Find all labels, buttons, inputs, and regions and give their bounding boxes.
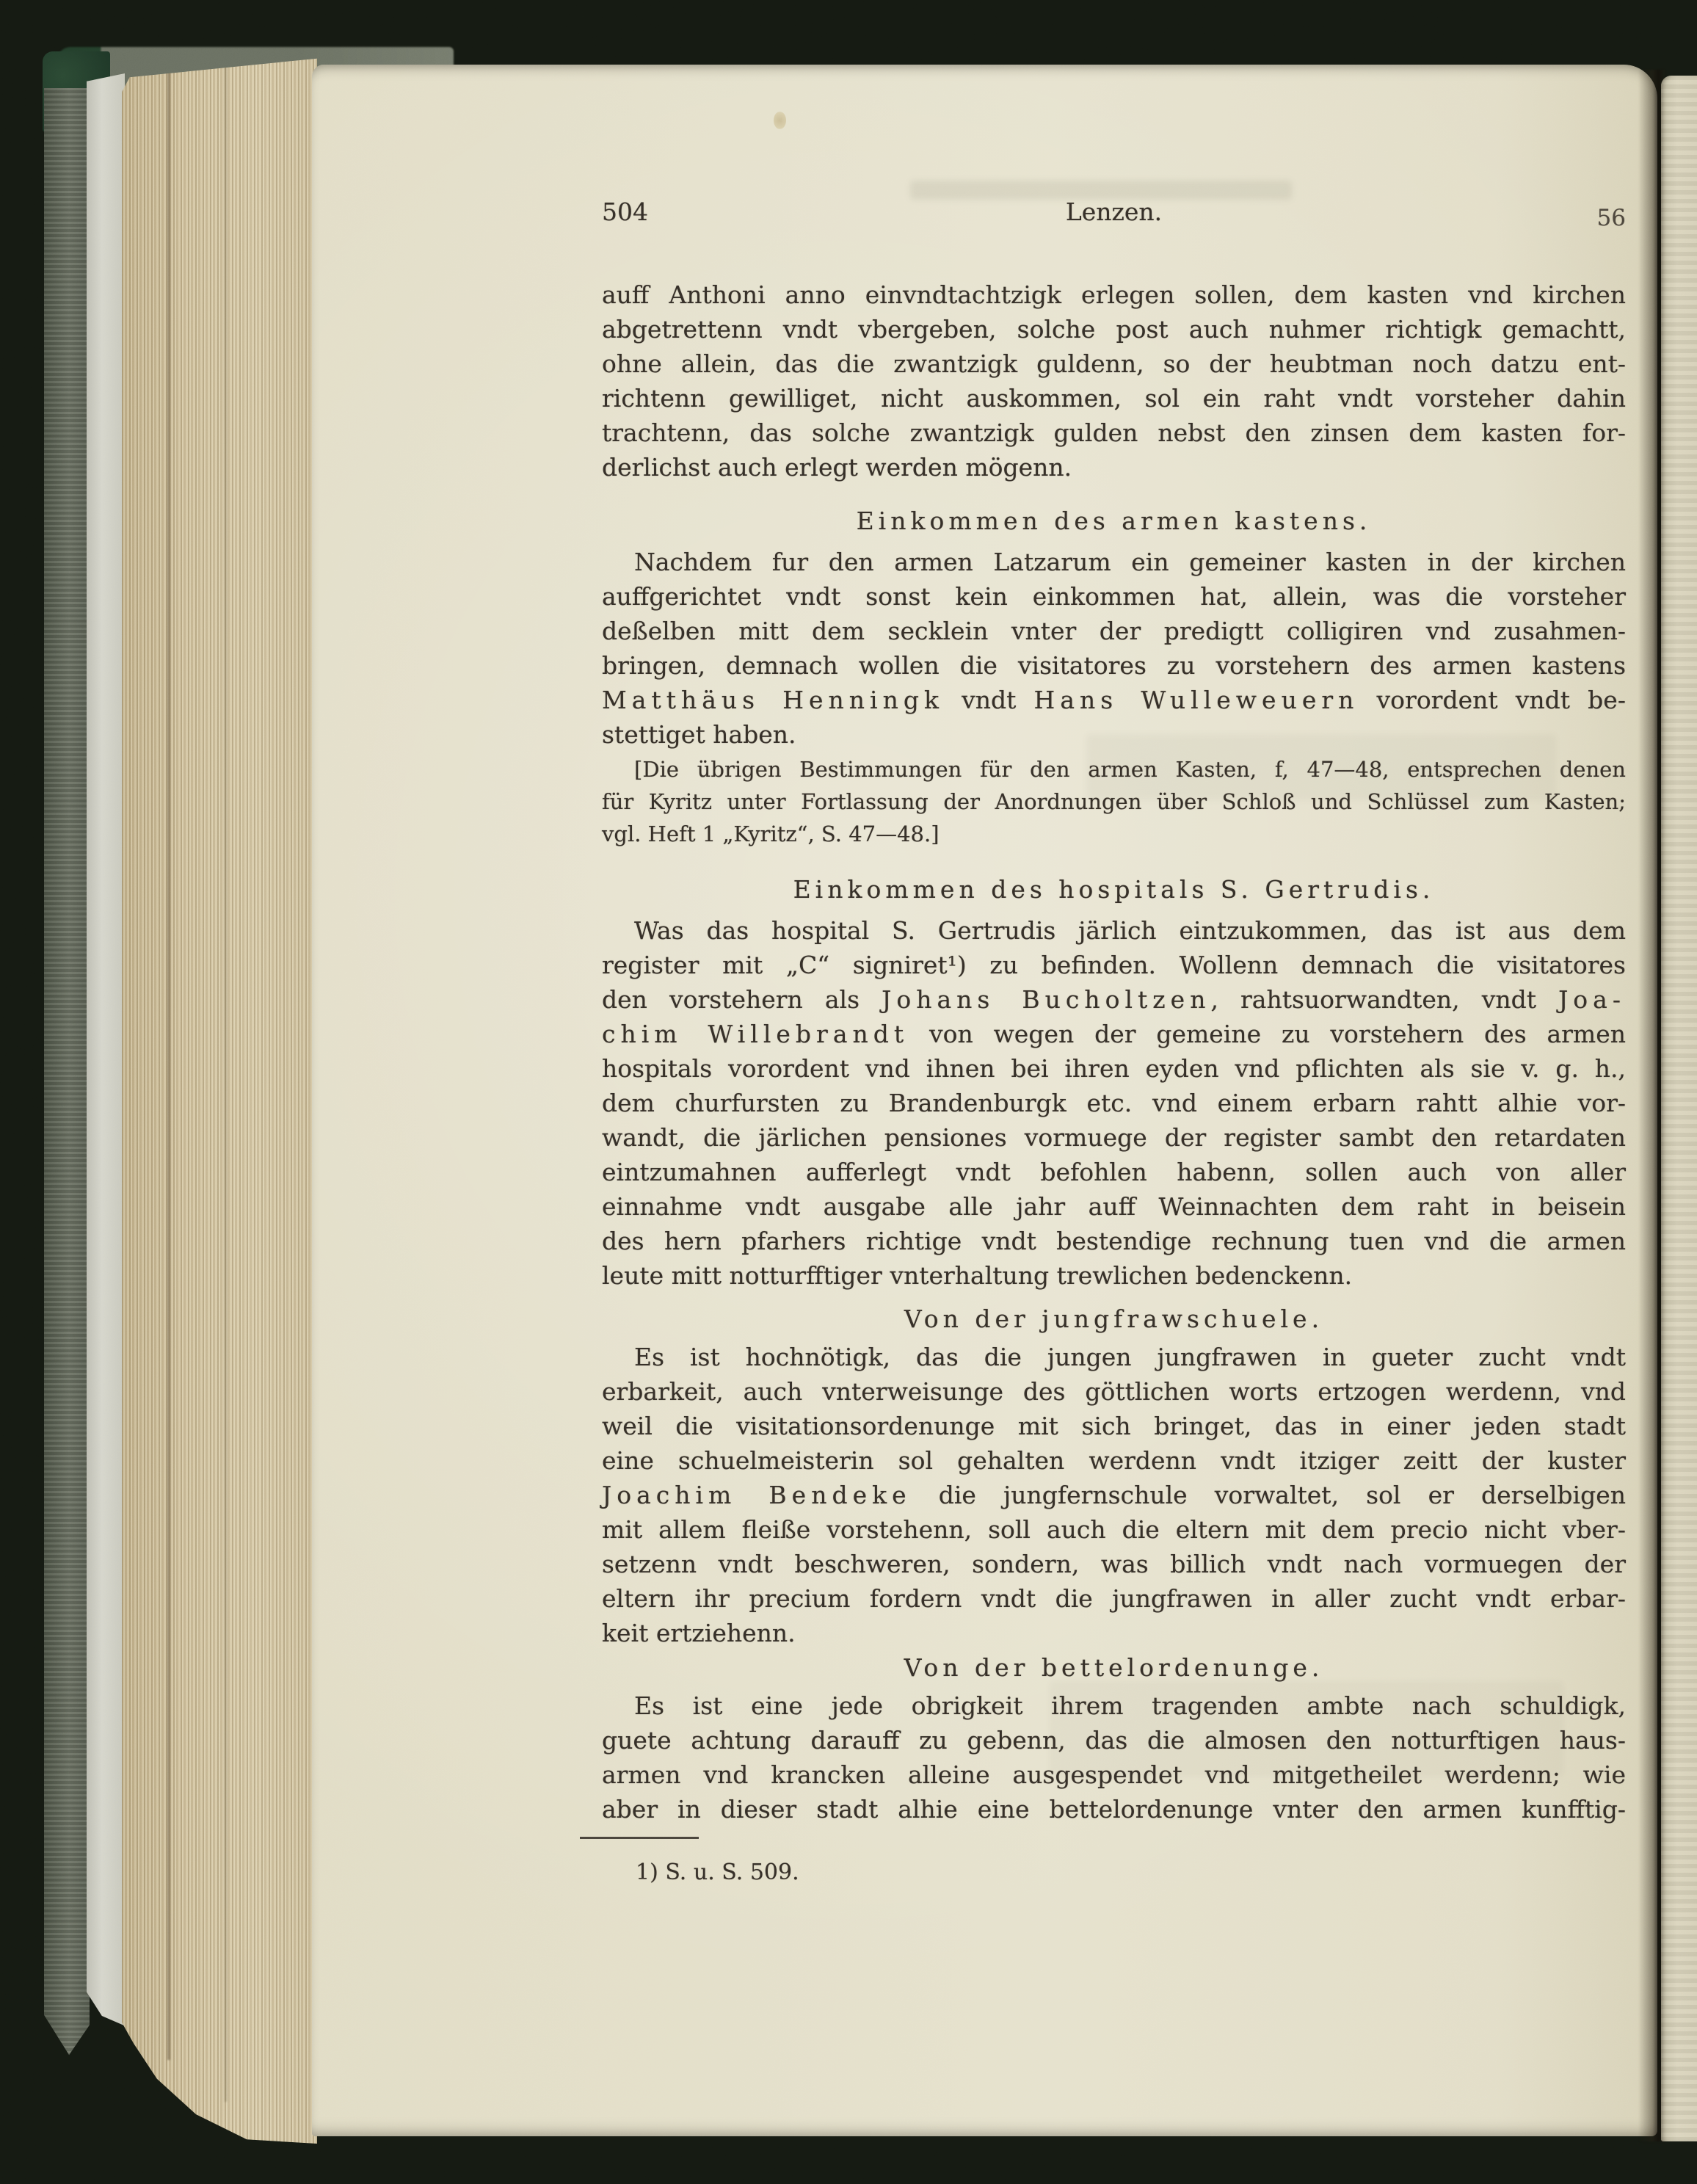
text-line: trachtenn, das solche zwantzigk gulden n…: [602, 416, 1626, 450]
editorial-note: [Die übrigen Bestimmungen für den armen …: [602, 753, 1626, 850]
book-scan-photo: { "colors":{ "background":"#151a12","pag…: [0, 0, 1697, 2184]
text-line: wandt, die järlichen pensiones vormuege …: [602, 1120, 1626, 1155]
text-line: eltern ihr precium fordern vndt die jung…: [602, 1581, 1626, 1616]
running-header: 504 Lenzen. 56: [602, 195, 1626, 230]
body-paragraph: Es ist hochnötigk, das die jungen jungfr…: [602, 1340, 1626, 1650]
text-line: stettiget haben.: [602, 717, 1626, 752]
text-line: keit ertziehenn.: [602, 1616, 1626, 1650]
section-heading: Einkommen des hospitals S. Gertrudis.: [602, 872, 1626, 907]
footnote-rule: [580, 1837, 699, 1839]
text-line: auffgerichtet vndt sonst kein einkommen …: [602, 579, 1626, 614]
section-heading: Von der jungfrawschuele.: [602, 1302, 1626, 1337]
folio-number: 56: [1284, 195, 1626, 236]
next-page-strip: [1661, 76, 1697, 2141]
body-paragraph: Was das hospital S. Gertrudis järlich ei…: [602, 913, 1626, 1293]
text-line: register mit „C“ signiret¹) zu befinden.…: [602, 948, 1626, 982]
text-line: guete achtung darauff zu gebenn, das die…: [602, 1723, 1626, 1757]
spaced-name: chim Willebrandt: [602, 1020, 909, 1048]
spaced-name: Matthäus Henningk: [602, 686, 944, 714]
page-number: 504: [602, 195, 943, 236]
text-line: bringen, demnach wollen die visitatores …: [602, 648, 1626, 683]
text-line: Es ist hochnötigk, das die jungen jungfr…: [602, 1340, 1626, 1374]
footnote: 1) S. u. S. 509.: [602, 1857, 1626, 1889]
text-line: vgl. Heft 1 „Kyritz“, S. 47—48.]: [602, 818, 1626, 850]
text-line: erbarkeit, auch vnterweisunge des göttli…: [602, 1374, 1626, 1409]
text-line: eintzumahnen aufferlegt vndt befohlen ha…: [602, 1155, 1626, 1189]
text-line: Was das hospital S. Gertrudis järlich ei…: [602, 913, 1626, 948]
text-line: mit allem fleiße vorstehenn, soll auch d…: [602, 1512, 1626, 1547]
paper-stain: [774, 112, 786, 129]
text-line: ohne allein, das die zwantzigk guldenn, …: [602, 347, 1626, 381]
text-line: für Kyritz unter Fortlassung der Anordnu…: [602, 786, 1626, 818]
section-heading: Von der bettelordenunge.: [602, 1650, 1626, 1686]
text-column: 504 Lenzen. 56 auff Anthoni anno einvndt…: [602, 195, 1626, 1889]
text-line: armen vnd krancken alleine ausgespendet …: [602, 1757, 1626, 1792]
running-title: Lenzen.: [943, 195, 1284, 236]
text-line: Joachim Bendeke die jungfernschule vorwa…: [602, 1478, 1626, 1512]
text-line: derlichst auch erlegt werden mögenn.: [602, 450, 1626, 485]
text-line: [Die übrigen Bestimmungen für den armen …: [602, 753, 1626, 786]
spaced-name: Johans Bucholtzen: [882, 985, 1210, 1014]
text-line: weil die visitationsordenunge mit sich b…: [602, 1409, 1626, 1443]
text-line: hospitals vorordent vnd ihnen bei ihren …: [602, 1051, 1626, 1086]
text-line: deßelben mitt dem secklein vnter der pre…: [602, 614, 1626, 648]
text-line: dem churfursten zu Brandenburgk etc. vnd…: [602, 1086, 1626, 1120]
text-line: richtenn gewilliget, nicht auskommen, so…: [602, 381, 1626, 416]
text-line: des hern pfarhers richtige vndt bestendi…: [602, 1224, 1626, 1258]
text-line: einnahme vndt ausgabe alle jahr auff Wei…: [602, 1189, 1626, 1224]
text-line: eine schuelmeisterin sol gehalten werden…: [602, 1443, 1626, 1478]
text-line: Matthäus Henningk vndt Hans Wulleweuern …: [602, 683, 1626, 717]
spaced-name: Hans Wulleweuern: [1034, 686, 1359, 714]
book-cover-left-edge: [44, 88, 90, 2085]
page-edge-stack: [122, 54, 317, 2144]
text-line: den vorstehern als Johans Bucholtzen, ra…: [602, 982, 1626, 1017]
text-line: aber in dieser stadt alhie eine bettelor…: [602, 1792, 1626, 1826]
endpaper-edge: [87, 73, 125, 2056]
body-paragraph: Nachdem fur den armen Latzarum ein gemei…: [602, 545, 1626, 752]
text-line: chim Willebrandt von wegen der gemeine z…: [602, 1017, 1626, 1051]
body-paragraph: auff Anthoni anno einvndtachtzigk erlege…: [602, 277, 1626, 485]
text-line: auff Anthoni anno einvndtachtzigk erlege…: [602, 277, 1626, 312]
text-line: setzenn vndt beschweren, sondern, was bi…: [602, 1547, 1626, 1581]
text-line: abgetrettenn vndt vbergeben, solche post…: [602, 312, 1626, 347]
text-line: Nachdem fur den armen Latzarum ein gemei…: [602, 545, 1626, 579]
text-line: leute mitt notturfftiger vnterhaltung tr…: [602, 1258, 1626, 1293]
text-line: Es ist eine jede obrigkeit ihrem tragend…: [602, 1688, 1626, 1723]
body-paragraph: Es ist eine jede obrigkeit ihrem tragend…: [602, 1688, 1626, 1826]
spaced-name: Joachim Bendeke: [602, 1481, 912, 1509]
section-heading: Einkommen des armen kastens.: [602, 504, 1626, 539]
spaced-name: Joa-: [1558, 985, 1626, 1014]
